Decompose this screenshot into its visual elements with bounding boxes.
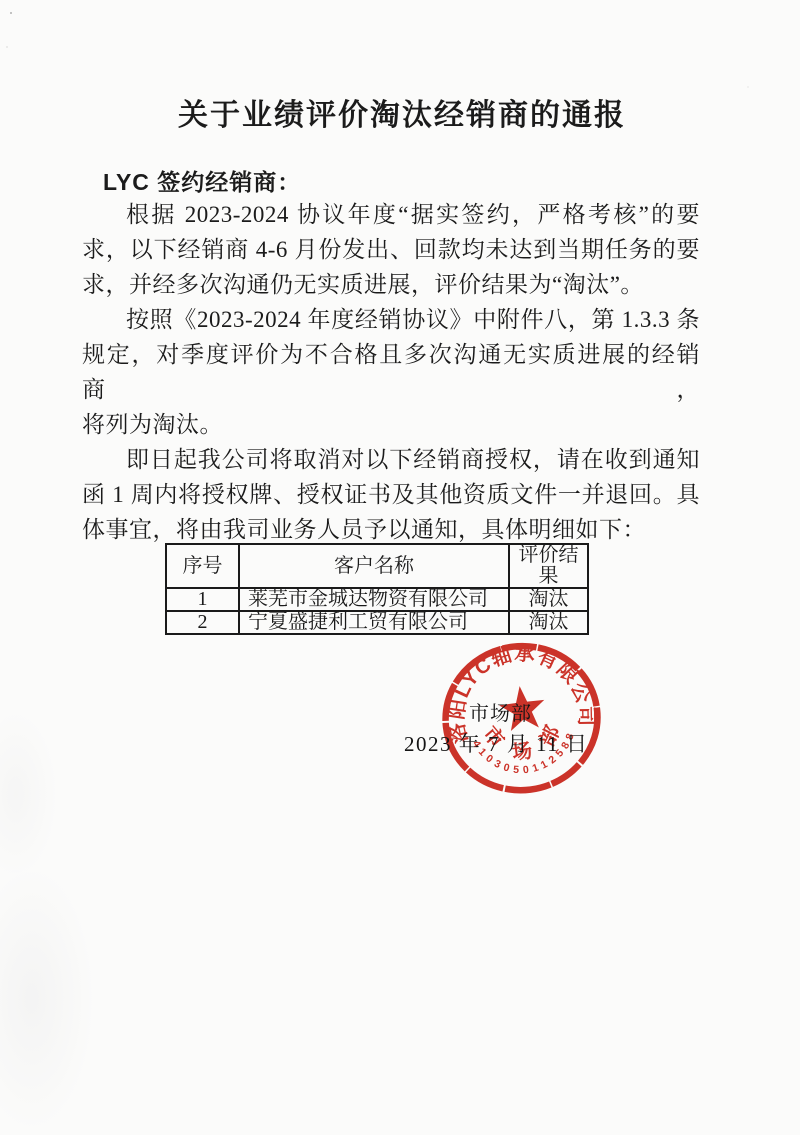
paragraph-line: 求，并经多次沟通仍无实质进展，评价结果为“淘汰”。	[82, 267, 700, 302]
header-评价结果: 评价结果	[509, 544, 588, 588]
customer-name: 莱芜市金城达物资有限公司	[239, 588, 509, 611]
paragraph-line: 即日起我公司将取消对以下经销商授权，请在收到通知	[82, 442, 700, 477]
paragraph-line: 将列为淘汰。	[82, 407, 700, 442]
notice-body: 根据 2023-2024 协议年度“据实签约，严格考核”的要 求，以下经销商 4…	[82, 197, 700, 547]
paragraph-line: 函 1 周内将授权牌、授权证书及其他资质文件一并退回。具	[82, 477, 700, 512]
page-title: 关于业绩评价淘汰经销商的通报	[4, 90, 800, 134]
date-line: 2023 年 7 月 11 日	[404, 728, 588, 758]
paragraph: 按照《2023-2024 年度经销协议》中附件八，第 1.3.3 条 规定，对季…	[82, 302, 700, 442]
customer-name: 宁夏盛捷利工贸有限公司	[239, 611, 509, 634]
table-header-row: 序号 客户名称 评价结果	[166, 544, 588, 588]
paragraph-line: 求，以下经销商 4-6 月份发出、回款均未达到当期任务的要	[82, 232, 700, 267]
table-row: 1 莱芜市金城达物资有限公司 淘汰	[166, 588, 588, 611]
paragraph-line: 按照《2023-2024 年度经销协议》中附件八，第 1.3.3 条	[82, 302, 700, 337]
header-序号: 序号	[166, 544, 239, 588]
header-客户名称: 客户名称	[239, 544, 509, 588]
table-row: 2 宁夏盛捷利工贸有限公司 淘汰	[166, 611, 588, 634]
paragraph-line: 规定，对季度评价为不合格且多次沟通无实质进展的经销商，	[82, 337, 700, 407]
paragraph: 即日起我公司将取消对以下经销商授权，请在收到通知 函 1 周内将授权牌、授权证书…	[82, 442, 700, 547]
paragraph-line: 根据 2023-2024 协议年度“据实签约，严格考核”的要	[82, 197, 700, 232]
eliminated-distributors-table: 序号 客户名称 评价结果 1 莱芜市金城达物资有限公司 淘汰 2 宁夏盛捷利工贸…	[165, 543, 589, 635]
row-number: 2	[166, 611, 239, 634]
row-number: 1	[166, 588, 239, 611]
evaluation-result: 淘汰	[509, 588, 588, 611]
paragraph-line: 体事宜，将由我司业务人员予以通知，具体明细如下：	[82, 512, 700, 547]
paragraph: 根据 2023-2024 协议年度“据实签约，严格考核”的要 求，以下经销商 4…	[82, 197, 700, 302]
salutation-line: LYC 签约经销商：	[103, 164, 301, 197]
department-line: 市场部	[469, 697, 532, 726]
document-page: 关于业绩评价淘汰经销商的通报 LYC 签约经销商： 根据 2023-2024 协…	[0, 0, 800, 1135]
